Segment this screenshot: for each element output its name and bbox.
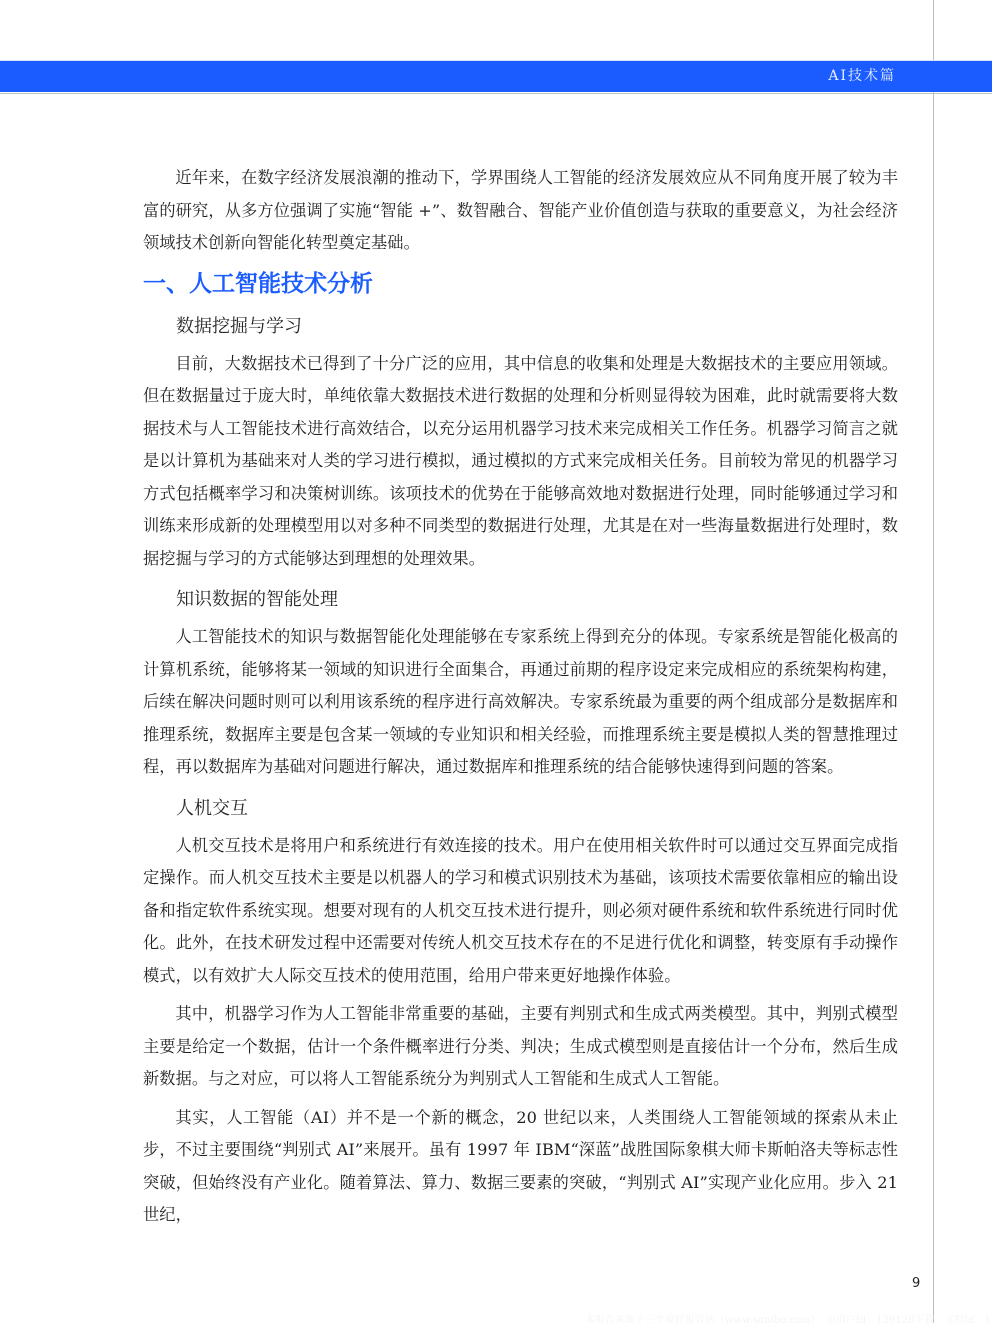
running-header-band: AI技术篇 (0, 60, 992, 92)
section-heading: 一、人工智能技术分析 (143, 266, 898, 312)
subsection-heading-knowledge-processing: 知识数据的智能处理 (143, 585, 898, 621)
paragraph-hci: 人机交互技术是将用户和系统进行有效连接的技术。用户在使用相关软件时可以通过交互界… (143, 830, 898, 993)
page-margin-rule (933, 0, 934, 1323)
paragraph-knowledge-processing: 人工智能技术的知识与数据智能化处理能够在专家系统上得到充分的体现。专家系统是智能… (143, 621, 898, 784)
header-divider (0, 93, 992, 94)
paragraph-ml-models: 其中，机器学习作为人工智能非常重要的基础，主要有判别式和生成式两类模型。其中，判… (143, 998, 898, 1096)
intro-paragraph: 近年来，在数字经济发展浪潮的推动下，学界围绕人工智能的经济发展效应从不同角度开展… (143, 162, 898, 260)
page-body: 近年来，在数字经济发展浪潮的推动下，学界围绕人工智能的经济发展效应从不同角度开展… (143, 162, 898, 1232)
download-watermark: 本报告来源于三个皮匠报告站（www.sgpjbg.com），由用户Id：1391… (585, 1311, 992, 1323)
page-number: 9 (912, 1276, 920, 1291)
paragraph-data-mining: 目前，大数据技术已得到了十分广泛的应用，其中信息的收集和处理是大数据技术的主要应… (143, 348, 898, 576)
running-header-title: AI技术篇 (828, 67, 896, 85)
subsection-heading-hci: 人机交互 (143, 794, 898, 830)
subsection-heading-data-mining: 数据挖掘与学习 (143, 312, 898, 348)
paragraph-ai-history: 其实，人工智能（AI）并不是一个新的概念，20 世纪以来，人类围绕人工智能领域的… (143, 1102, 898, 1232)
